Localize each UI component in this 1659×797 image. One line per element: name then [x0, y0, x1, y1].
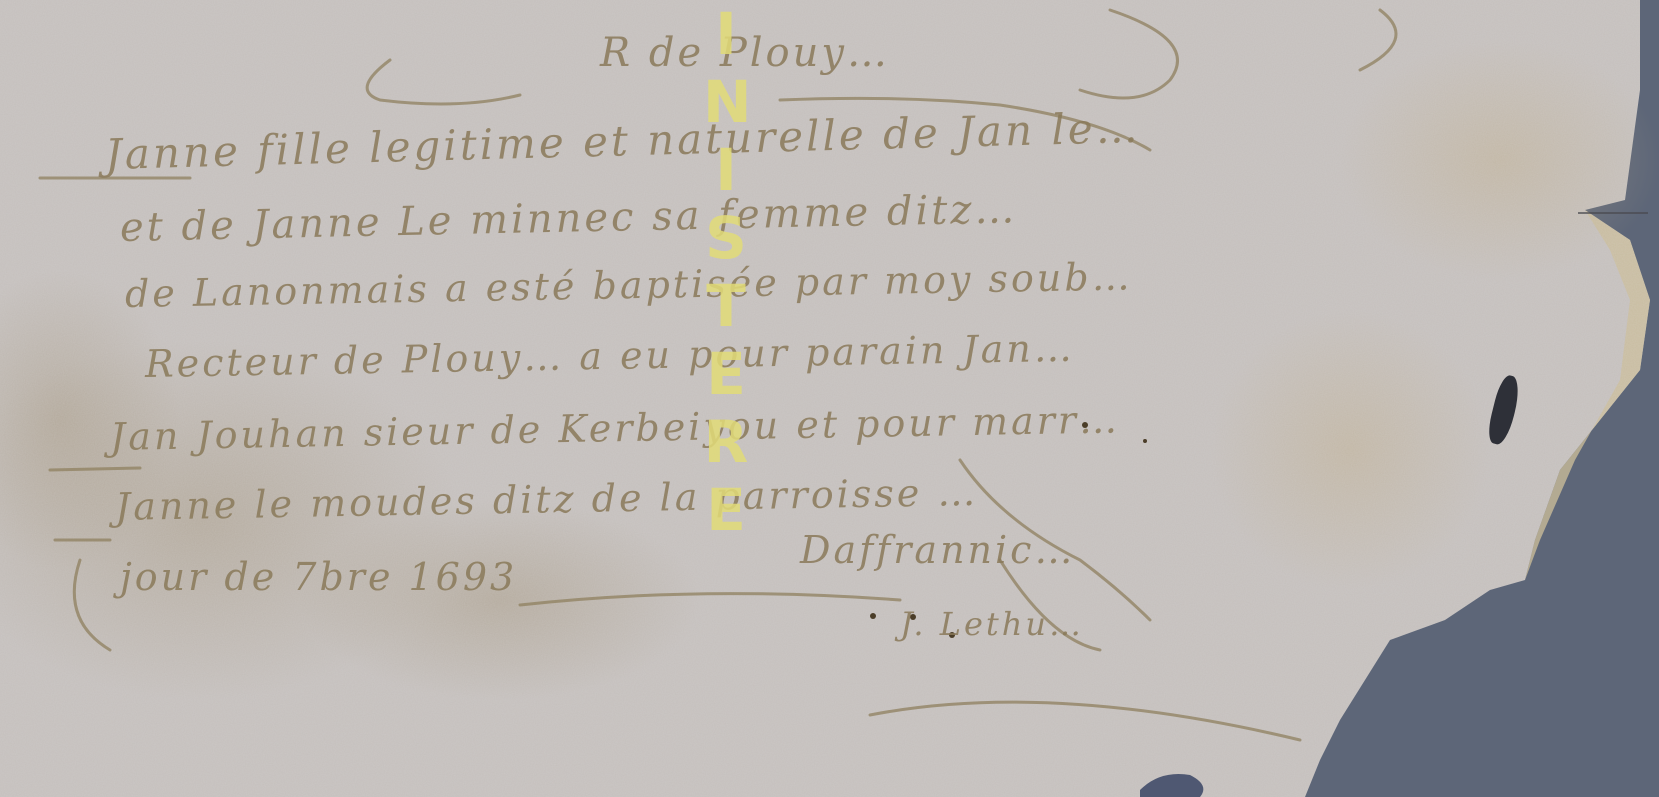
watermark-letter: I — [703, 136, 749, 204]
watermark-ministere: I N I S T E R E — [703, 0, 749, 640]
watermark-letter: T — [703, 272, 749, 340]
watermark-letter: S — [703, 204, 749, 272]
paper-crack — [1578, 212, 1648, 214]
watermark-letter: R — [703, 408, 749, 476]
watermark-letter: I — [703, 0, 749, 68]
paper-sheet — [0, 0, 1659, 797]
watermark-letter: E — [703, 340, 749, 408]
watermark-letter: E — [703, 476, 749, 544]
document-scan: R de Plouy… Janne fille legitime et natu… — [0, 0, 1659, 797]
watermark-letter: N — [703, 68, 749, 136]
